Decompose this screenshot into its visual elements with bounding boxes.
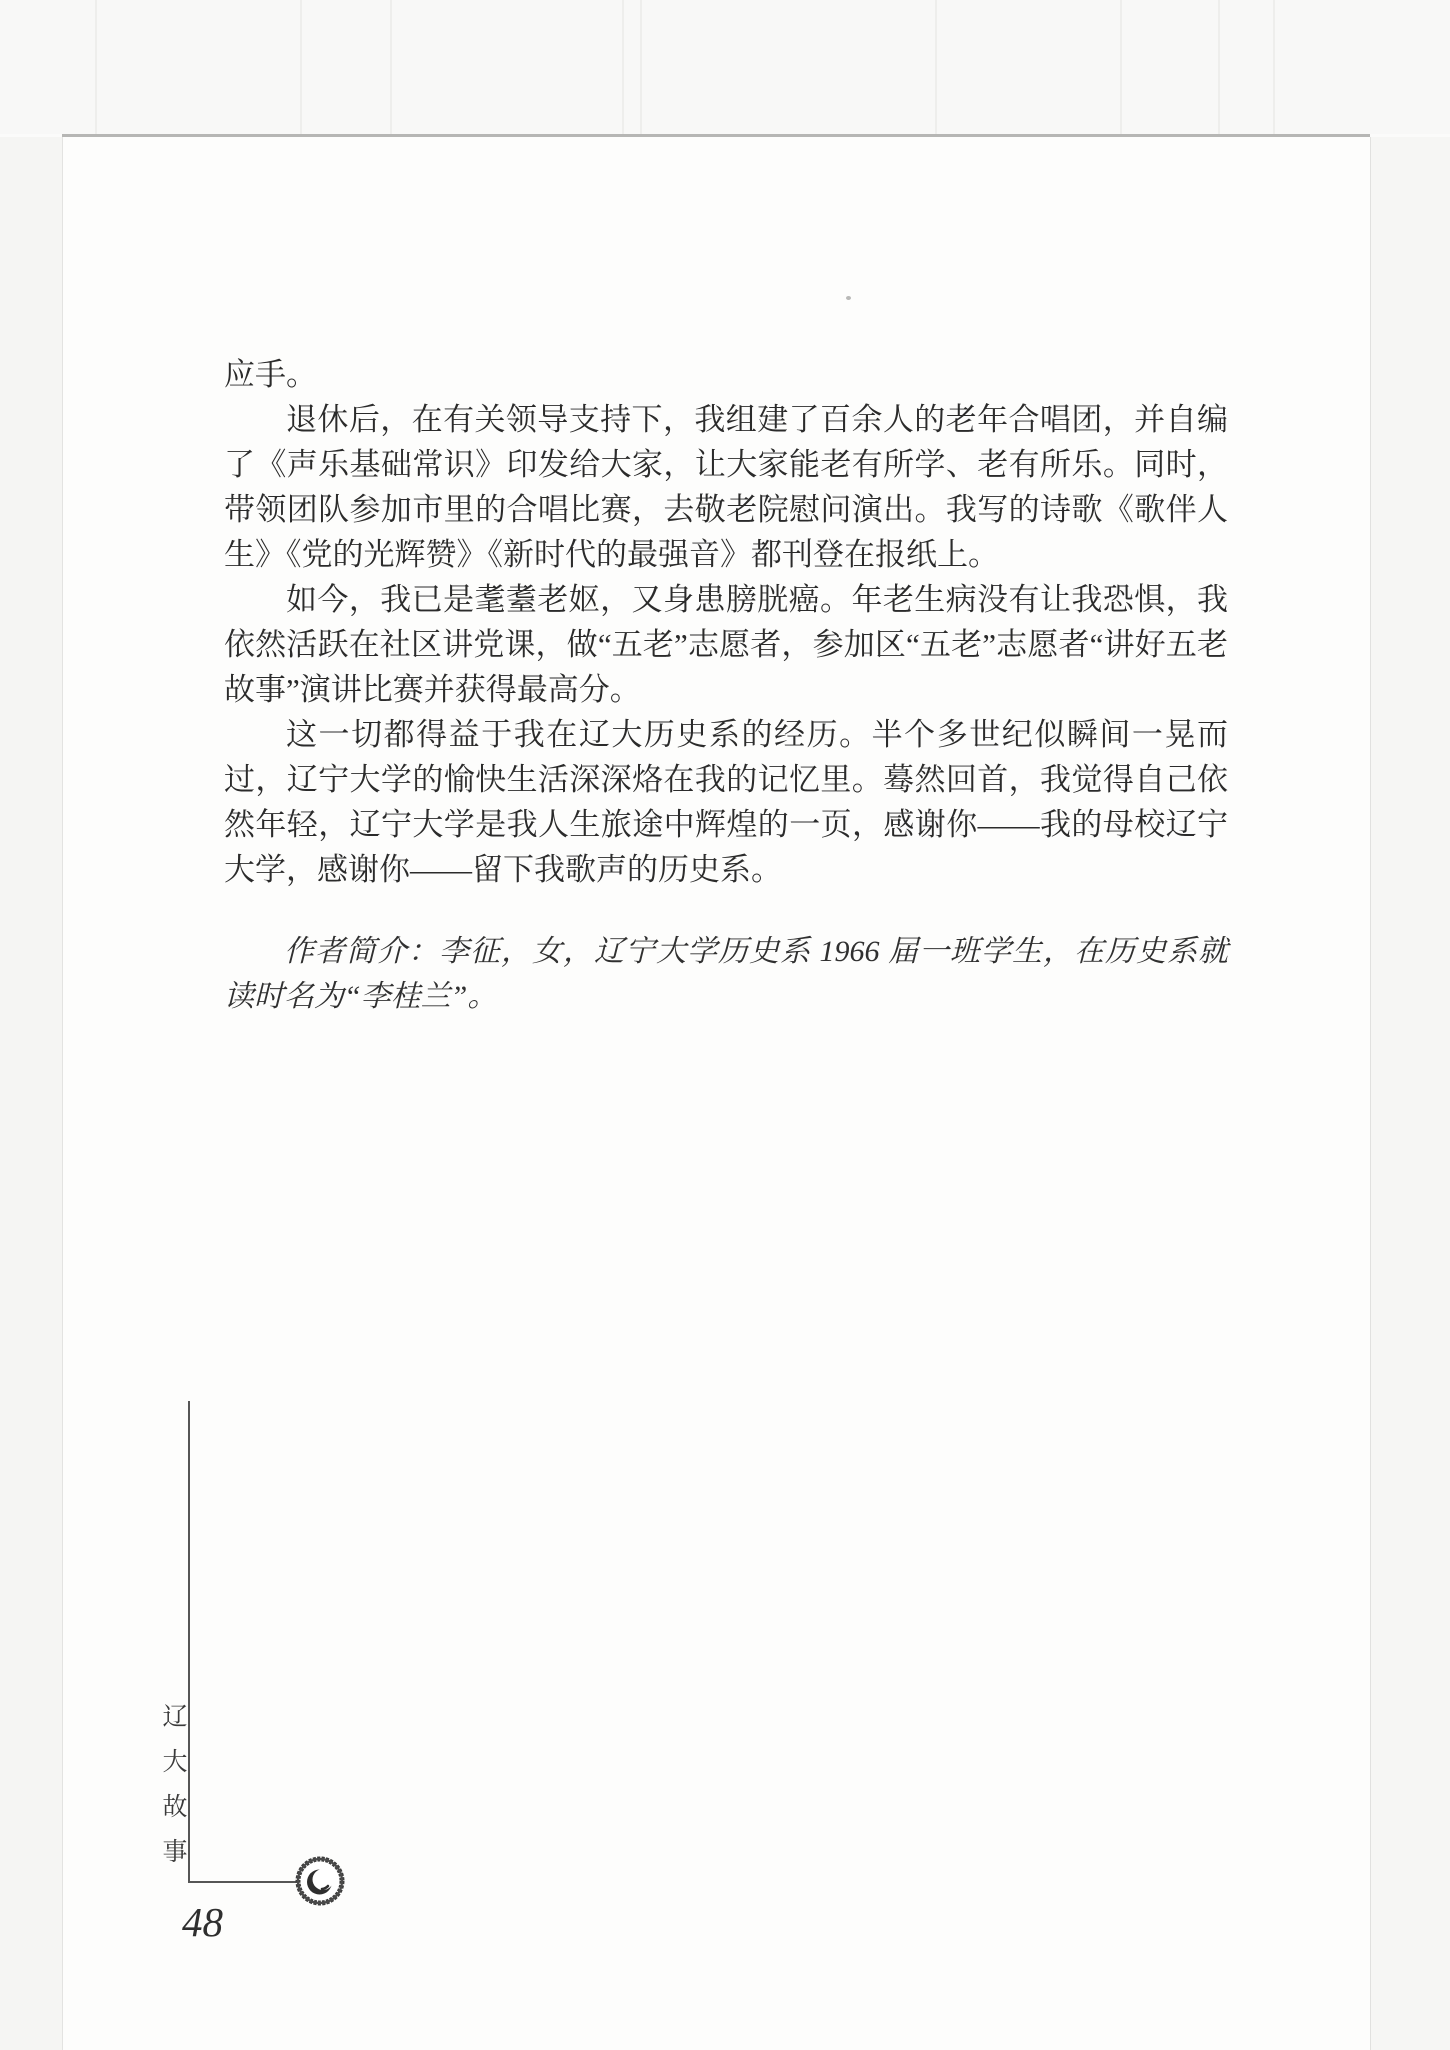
paragraph-continuation: 应手。 bbox=[224, 352, 1228, 397]
page-number: 48 bbox=[182, 1898, 223, 1946]
paragraph-retirement-choir: 退休后，在有关领导支持下，我组建了百余人的老年合唱团，并自编了《声乐基础常识》印… bbox=[224, 397, 1228, 577]
scan-streak bbox=[640, 0, 642, 134]
scanned-book-page: { "document": { "paragraphs": [ {"text":… bbox=[0, 0, 1450, 2050]
scan-right-margin bbox=[1371, 137, 1450, 2050]
scan-streak bbox=[622, 0, 624, 134]
scan-left-margin bbox=[0, 137, 62, 2050]
corner-horizontal-rule bbox=[188, 1881, 296, 1883]
page-top-edge-line bbox=[62, 134, 1370, 137]
sidebar-series-title: 辽大故事 bbox=[162, 1703, 190, 1883]
page-right-edge-line bbox=[1370, 137, 1371, 2050]
page-left-edge-line bbox=[62, 137, 63, 2050]
scan-top-noise-band bbox=[0, 0, 1450, 134]
ring-crescent-logo-icon bbox=[292, 1853, 348, 1909]
scan-streak bbox=[300, 0, 302, 134]
body-text-block: 应手。 退休后，在有关领导支持下，我组建了百余人的老年合唱团，并自编了《声乐基础… bbox=[224, 352, 1228, 1019]
scan-streak bbox=[390, 0, 392, 134]
scan-dot-artifact bbox=[846, 296, 851, 300]
scan-streak bbox=[1218, 0, 1220, 134]
paragraph-now-volunteer: 如今，我已是耄耋老妪，又身患膀胱癌。年老生病没有让我恐惧，我依然活跃在社区讲党课… bbox=[224, 577, 1228, 712]
scan-streak bbox=[95, 0, 97, 134]
scan-streak bbox=[1120, 0, 1122, 134]
author-bio-note: 作者简介：李征，女，辽宁大学历史系 1966 届一班学生，在历史系就读时名为“李… bbox=[224, 929, 1228, 1019]
scan-streak bbox=[1273, 0, 1275, 134]
scan-streak bbox=[935, 0, 937, 134]
paragraph-gratitude: 这一切都得益于我在辽大历史系的经历。半个多世纪似瞬间一晃而过，辽宁大学的愉快生活… bbox=[224, 712, 1228, 892]
